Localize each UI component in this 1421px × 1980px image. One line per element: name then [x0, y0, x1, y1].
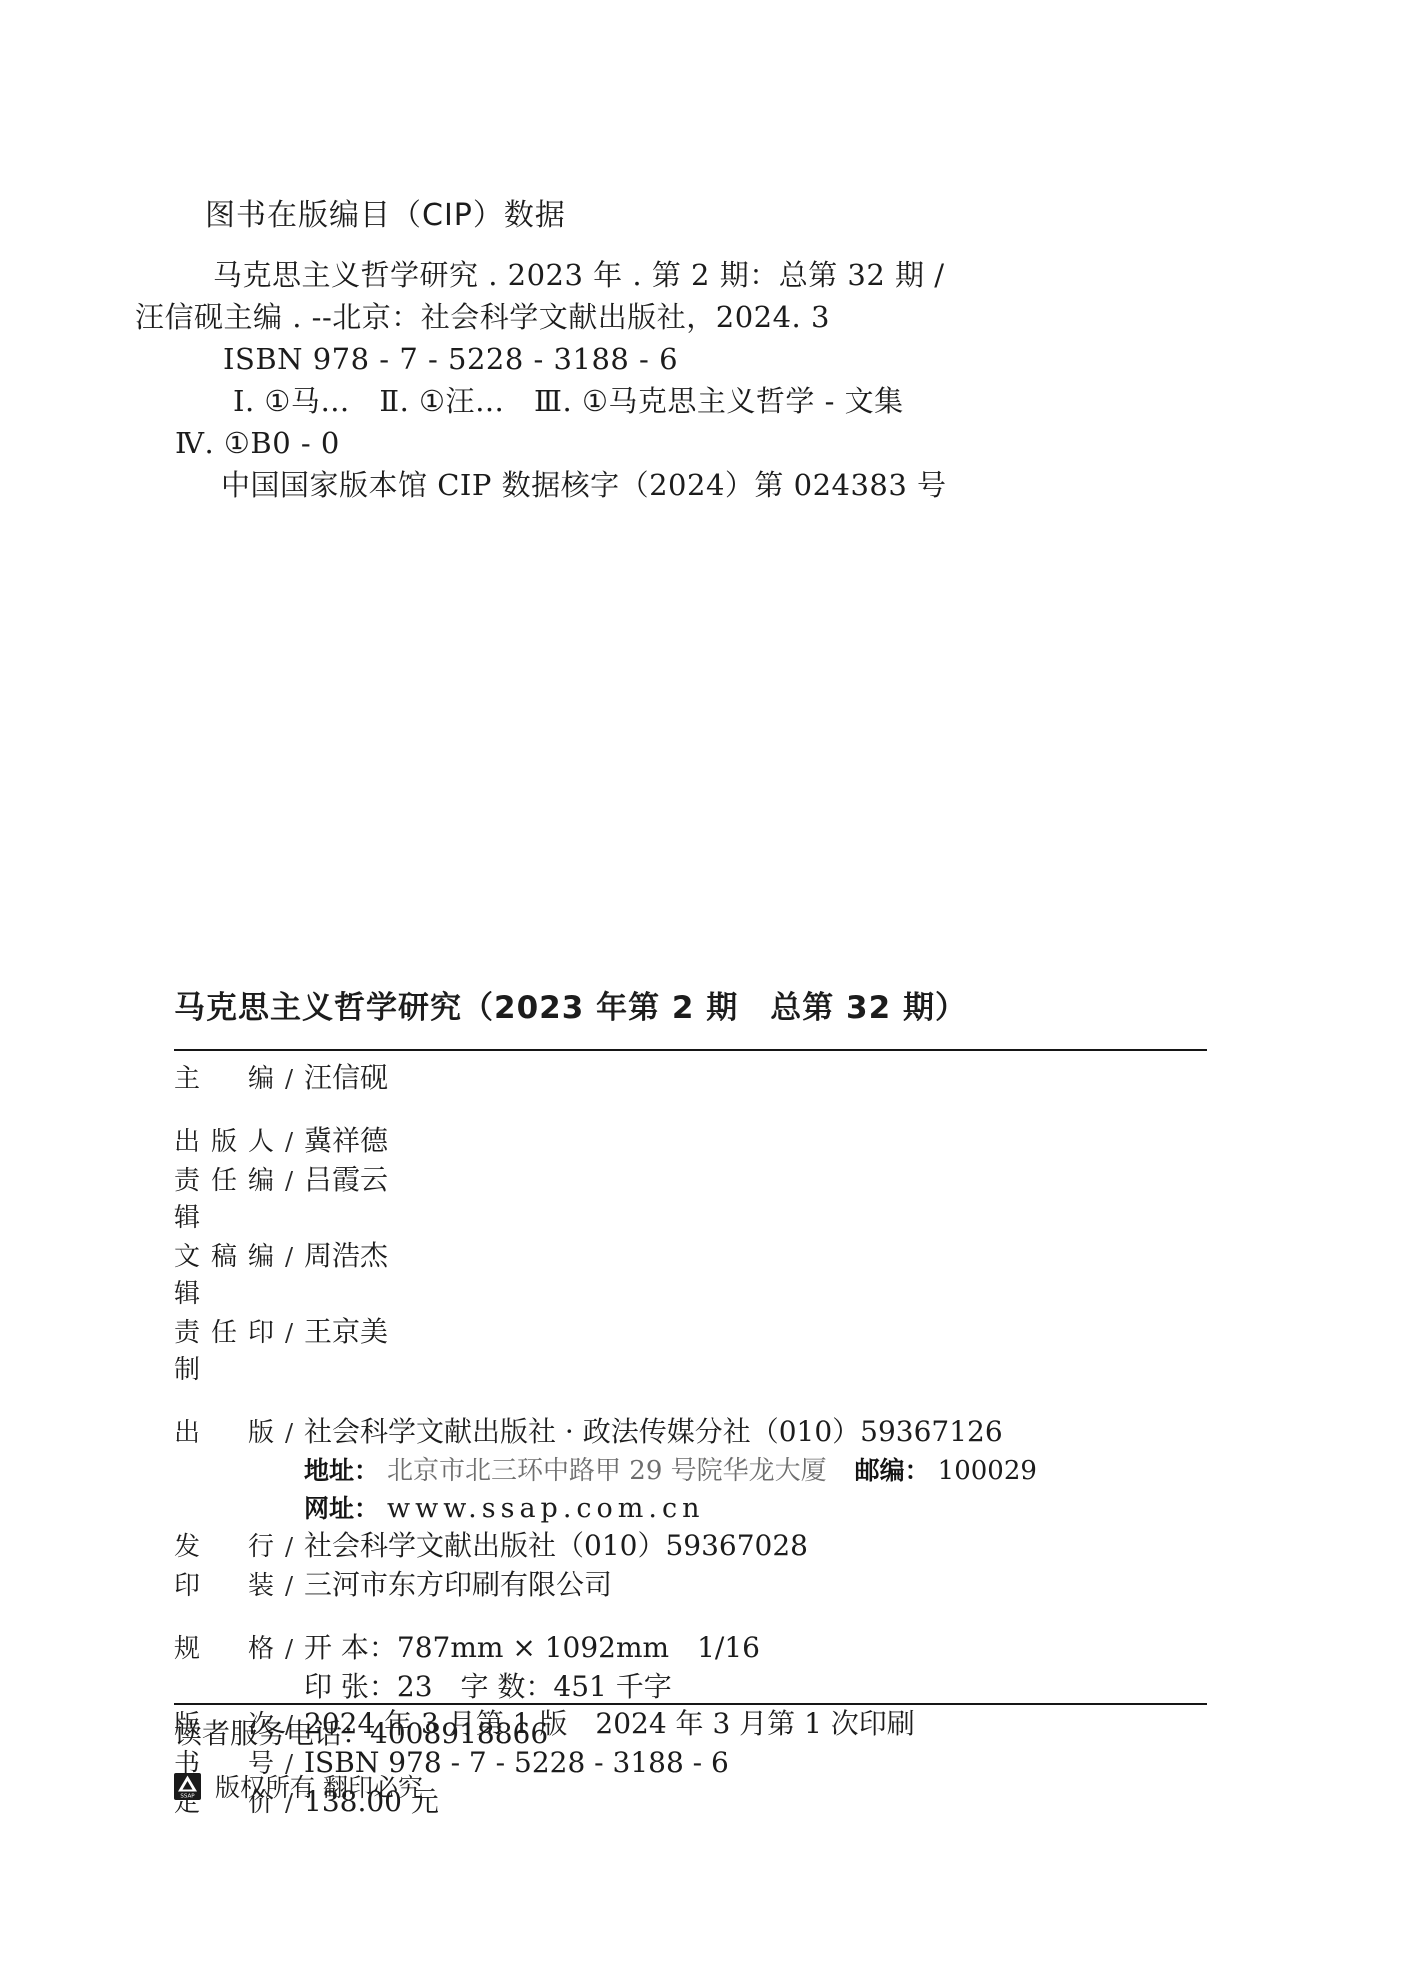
row-value: 社会科学文献出版社（010）59367028: [304, 1527, 1207, 1564]
phone-label: 读者服务电话：: [174, 1717, 370, 1750]
postcode-label: 邮编：: [855, 1452, 930, 1489]
cip-title-line-1: 马克思主义哲学研究 . 2023 年 . 第 2 期：总第 32 期 /: [135, 254, 955, 296]
row-label: 出版人: [174, 1124, 274, 1161]
row-format: 规格 / 开 本：787mm × 1092mm 1/16: [174, 1629, 1207, 1668]
cip-classification-line-2: Ⅳ. ①B0 - 0: [135, 422, 955, 464]
row-value: 三河市东方印刷有限公司: [304, 1566, 1207, 1603]
publisher-website-row: 网址： www.ssap.com.cn: [174, 1490, 1207, 1527]
sheets-and-words: 印 张：23 字 数：451 千字: [304, 1670, 672, 1703]
postcode-value: 100029: [938, 1453, 1037, 1490]
row-label: 责任印制: [174, 1315, 274, 1389]
page-footer: 读者服务电话：4008918866 SSAP 版权所有 翻印必究: [174, 1703, 1207, 1804]
row-printing-company: 印装 / 三河市东方印刷有限公司: [174, 1566, 1207, 1605]
slash-separator: /: [274, 1239, 304, 1276]
cip-record-number-line: 中国国家版本馆 CIP 数据核字（2024）第 024383 号: [135, 464, 955, 506]
row-responsible-editor: 责任编辑 / 吕霞云: [174, 1161, 1207, 1237]
publisher-address-row: 地址： 北京市北三环中路甲 29 号院华龙大厦 邮编： 100029: [174, 1452, 1207, 1490]
slash-separator: /: [274, 1529, 304, 1566]
slash-separator: /: [274, 1315, 304, 1352]
row-label: 出版: [174, 1415, 274, 1452]
row-value: 王京美: [304, 1313, 1207, 1350]
slash-separator: /: [274, 1631, 304, 1668]
row-publisher: 出版 / 社会科学文献出版社 · 政法传媒分社（010）59367126: [174, 1413, 1207, 1452]
reader-service-phone: 读者服务电话：4008918866: [174, 1715, 1207, 1752]
row-label: 主编: [174, 1061, 274, 1098]
copyright-page: 图书在版编目（CIP）数据 马克思主义哲学研究 . 2023 年 . 第 2 期…: [0, 0, 1421, 1980]
row-print-supervisor: 责任印制 / 王京美: [174, 1313, 1207, 1389]
book-title: 马克思主义哲学研究（2023 年第 2 期 总第 32 期）: [174, 988, 1207, 1028]
slash-separator: /: [274, 1568, 304, 1605]
slash-separator: /: [274, 1061, 304, 1098]
logo-text: SSAP: [180, 1793, 195, 1799]
publisher-logo-icon: SSAP: [174, 1773, 201, 1800]
colophon-section: 马克思主义哲学研究（2023 年第 2 期 总第 32 期） 主编 / 汪信砚 …: [174, 988, 1207, 1822]
address-value: 北京市北三环中路甲 29 号院华龙大厦: [387, 1453, 827, 1490]
cip-title-line-2: 汪信砚主编 . --北京：社会科学文献出版社，2024. 3: [135, 296, 955, 338]
row-value: 社会科学文献出版社 · 政法传媒分社（010）59367126: [304, 1413, 1207, 1450]
website-value: www.ssap.com.cn: [387, 1490, 704, 1527]
cip-heading: 图书在版编目（CIP）数据: [205, 196, 955, 236]
slash-separator: /: [274, 1163, 304, 1200]
row-chief-editor: 主编 / 汪信砚: [174, 1059, 1207, 1098]
footer-rule: [174, 1703, 1207, 1705]
row-publisher-person: 出版人 / 冀祥德: [174, 1122, 1207, 1161]
title-rule: [174, 1049, 1207, 1051]
row-value: 开 本：787mm × 1092mm 1/16: [304, 1629, 1207, 1666]
copyright-line: SSAP 版权所有 翻印必究: [174, 1768, 1207, 1804]
phone-number: 4008918866: [370, 1717, 548, 1750]
row-label: 文稿编辑: [174, 1239, 274, 1313]
row-label: 规格: [174, 1631, 274, 1668]
row-value: 吕霞云: [304, 1161, 1207, 1198]
cip-data-block: 图书在版编目（CIP）数据 马克思主义哲学研究 . 2023 年 . 第 2 期…: [135, 196, 955, 506]
row-value: 汪信砚: [304, 1059, 1207, 1096]
format-continuation-row: 印 张：23 字 数：451 千字: [174, 1668, 1207, 1705]
slash-separator: /: [274, 1415, 304, 1452]
cip-isbn-line: ISBN 978 - 7 - 5228 - 3188 - 6: [135, 338, 955, 380]
row-value: 冀祥德: [304, 1122, 1207, 1159]
row-label: 印装: [174, 1568, 274, 1605]
website-label: 网址：: [304, 1490, 379, 1527]
copyright-notice: 版权所有 翻印必究: [215, 1768, 423, 1804]
cip-classification-line-1: Ⅰ. ①马… Ⅱ. ①汪… Ⅲ. ①马克思主义哲学 - 文集: [135, 380, 955, 422]
row-manuscript-editor: 文稿编辑 / 周浩杰: [174, 1237, 1207, 1313]
row-distributor: 发行 / 社会科学文献出版社（010）59367028: [174, 1527, 1207, 1566]
slash-separator: /: [274, 1124, 304, 1161]
address-label: 地址：: [304, 1452, 379, 1489]
row-label: 发行: [174, 1529, 274, 1566]
row-label: 责任编辑: [174, 1163, 274, 1237]
row-value: 周浩杰: [304, 1237, 1207, 1274]
